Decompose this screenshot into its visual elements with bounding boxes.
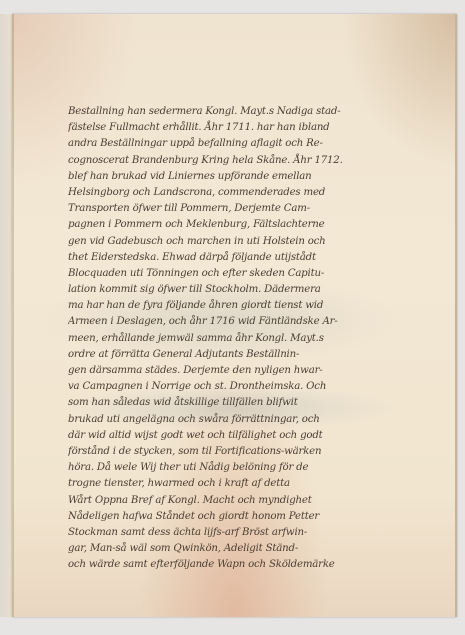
scanned-document: Bestallning han sedermera Kongl. Mayt.s … <box>0 0 465 635</box>
text-line: gar, Man-så wäl som Qwinkön, Adeligit St… <box>68 541 398 557</box>
text-line: Blocquaden uti Tönningen och efter skede… <box>68 266 398 282</box>
text-line: Stockman samt dess ächta lijfs-arf Bröst… <box>68 525 398 541</box>
text-line: fästelse Fullmacht erhållit. Åhr 1711. h… <box>68 120 398 136</box>
text-line: ordre at förrätta General Adjutants Best… <box>68 347 398 363</box>
text-line: va Campagnen i Norrige och st. Drontheim… <box>68 379 398 395</box>
text-line: Bestallning han sedermera Kongl. Mayt.s … <box>68 104 398 120</box>
page-fold <box>12 14 14 617</box>
text-line: trogne tienster, hwarmed och i kraft af … <box>68 476 398 492</box>
text-line: gen vid Gadebusch och marchen in uti Hol… <box>68 234 398 250</box>
text-line: ma har han de fyra följande åhren giordt… <box>68 298 398 314</box>
text-line: lation kommit sig öfwer till Stockholm. … <box>68 282 398 298</box>
text-line: cognoscerat Brandenburg Kring hela Skåne… <box>68 153 398 169</box>
text-line: meen, erhållande jemwäl samma åhr Kongl.… <box>68 331 398 347</box>
text-line: och wärde samt efterföljande Wapn och Sk… <box>68 557 398 573</box>
binding-edge <box>0 14 12 617</box>
text-line: Wårt Oppna Bref af Kongl. Macht och mynd… <box>68 493 398 509</box>
text-line: förstånd i de stycken, som til Fortifica… <box>68 444 398 460</box>
text-line: brukad uti angelägna och swåra förrättni… <box>68 412 398 428</box>
text-line: Nådeligen hafwa Ståndet och giordt honom… <box>68 509 398 525</box>
text-line: thet Eiderstedska. Ehwad därpå följande … <box>68 250 398 266</box>
text-line: Helsingborg och Landscrona, commenderade… <box>68 185 398 201</box>
text-line: gen därsamma städes. Derjemte den nylige… <box>68 363 398 379</box>
text-line: Armeen i Deslagen, och åhr 1716 wid Fänt… <box>68 314 398 330</box>
text-line: andra Beställningar uppå befallning afla… <box>68 136 398 152</box>
text-line: Transporten öfwer till Pommern, Derjemte… <box>68 201 398 217</box>
text-line: höra. Då wele Wij ther uti Nådig belönin… <box>68 460 398 476</box>
text-line: där wid altid wijst godt wet och tilfäli… <box>68 428 398 444</box>
handwritten-text-block: Bestallning han sedermera Kongl. Mayt.s … <box>68 104 398 573</box>
text-line: blef han brukad vid Liniernes upförande … <box>68 169 398 185</box>
text-line: som han såledas wid åtskillige tillfälle… <box>68 395 398 411</box>
text-line: pagnen i Pommern och Meklenburg, Fältsla… <box>68 217 398 233</box>
